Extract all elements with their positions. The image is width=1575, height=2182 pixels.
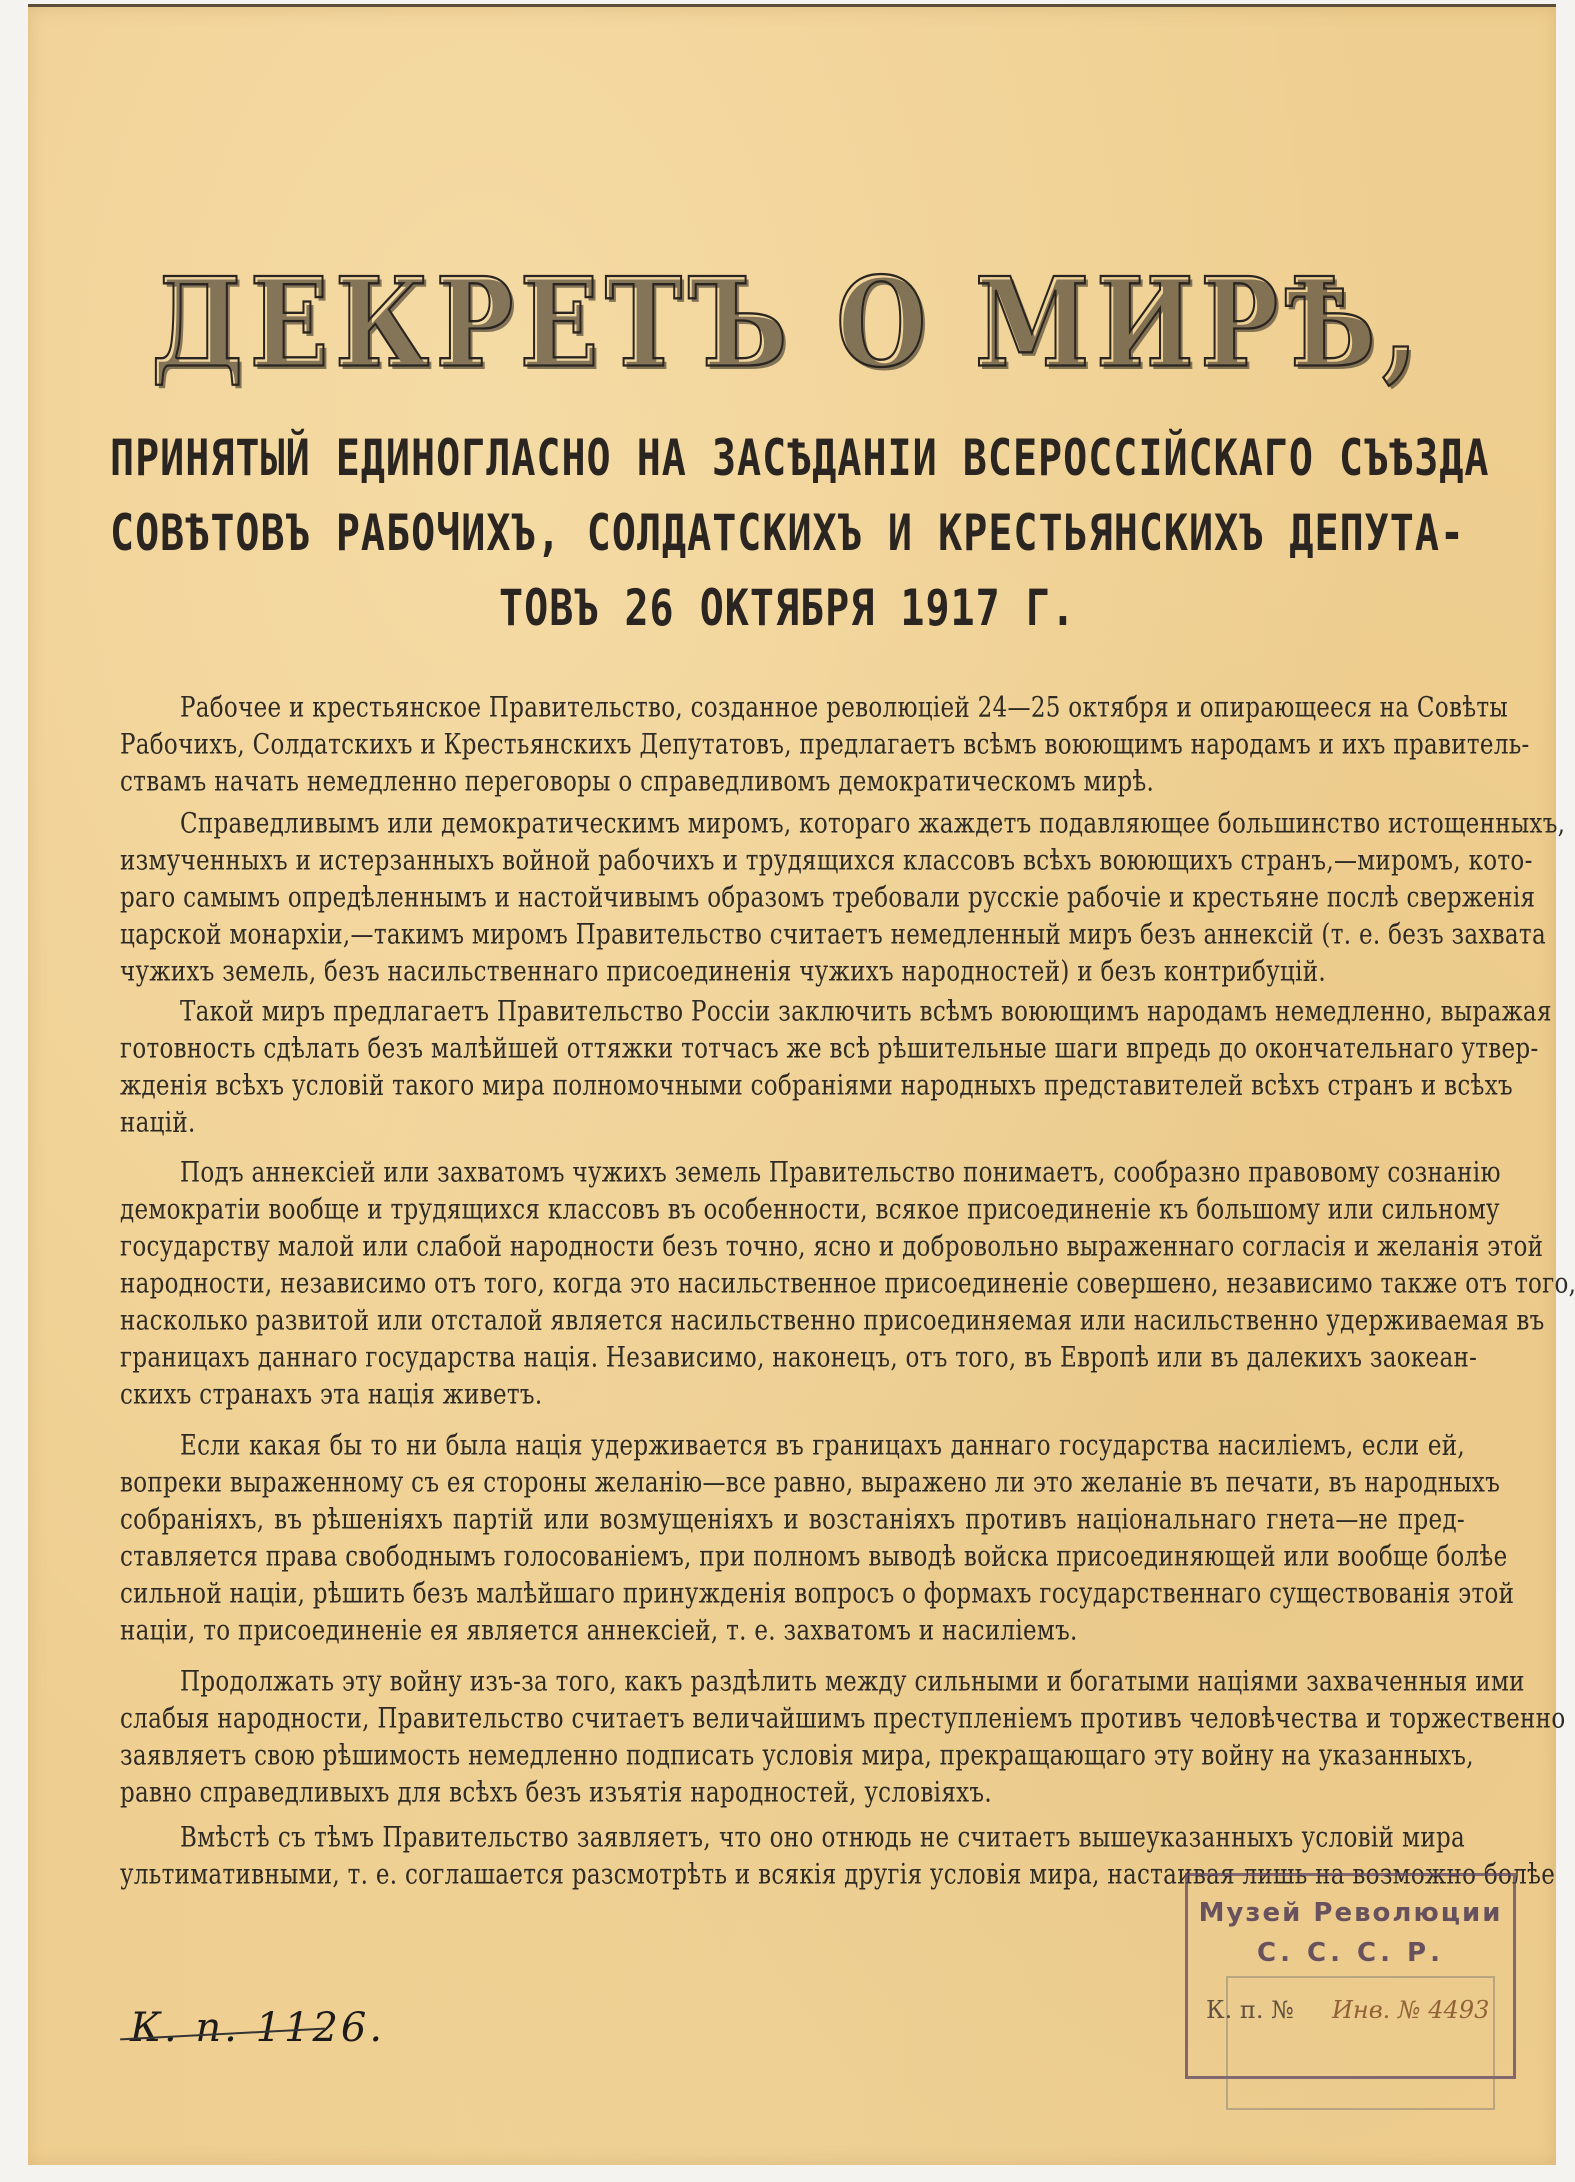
museum-stamp: Музей Революции С. С. С. Р. К. п. № Инв.…: [1185, 1873, 1516, 2079]
body-line: жденія всѣхъ условій такого мира полномо…: [120, 1068, 1465, 1104]
body-line: заявляетъ свою рѣшимость немедленно подп…: [120, 1738, 1465, 1774]
body-line: ставляется права свободнымъ голосованіем…: [120, 1539, 1465, 1575]
body-line: демократіи вообще и трудящихся классовъ …: [120, 1192, 1465, 1228]
document-title: ДЕКРЕТЪ О МИРѢ,: [0, 250, 1575, 395]
body-line: Подъ аннексіей или захватомъ чужихъ земе…: [120, 1155, 1465, 1191]
body-line: Рабочихъ, Солдатскихъ и Крестьянскихъ Де…: [120, 727, 1465, 763]
body-line: вопреки выраженному съ ея стороны желані…: [120, 1465, 1465, 1501]
body-line: собраніяхъ, въ рѣшеніяхъ партій или возм…: [120, 1502, 1465, 1538]
stamp-ussr: С. С. С. Р.: [1188, 1938, 1513, 1968]
body-line: чужихъ земель, безъ насильственнаго прис…: [120, 954, 1465, 990]
body-line: Продолжать эту войну изъ-за того, какъ р…: [120, 1664, 1465, 1700]
body-line: народности, независимо отъ того, когда э…: [120, 1266, 1465, 1302]
body-line: границахъ даннаго государства нація. Нез…: [120, 1340, 1465, 1376]
subtitle-line-2: СОВѢТОВЪ РАБОЧИХЪ, СОЛДАТСКИХЪ И КРЕСТЬЯ…: [110, 505, 1465, 563]
body-line: насколько развитой или отсталой является…: [120, 1303, 1465, 1339]
body-line: Вмѣстѣ съ тѣмъ Правительство заявляетъ, …: [120, 1820, 1465, 1856]
body-line: Справедливымъ или демократическимъ миром…: [120, 806, 1465, 842]
stamp-catalog-line: К. п. № Инв. № 4493: [1206, 1996, 1489, 2024]
body-line: націи, то присоединеніе ея является анне…: [120, 1613, 1465, 1649]
subtitle-line-1: ПРИНЯТЫЙ ЕДИНОГЛАСНО НА ЗАСѢДАНІИ ВСЕРОС…: [110, 430, 1465, 488]
body-line: измученныхъ и истерзанныхъ войной рабочи…: [120, 843, 1465, 879]
body-line: Если какая бы то ни была нація удерживае…: [120, 1428, 1465, 1464]
body-line: слабыя народности, Правительство считает…: [120, 1701, 1465, 1737]
body-line: націй.: [120, 1105, 1465, 1141]
body-line: ствамъ начать немедленно переговоры о сп…: [120, 764, 1465, 800]
body-line: государству малой или слабой народности …: [120, 1229, 1465, 1265]
body-line: царской монархіи,—такимъ миромъ Правител…: [120, 917, 1465, 953]
body-line: Такой миръ предлагаетъ Правительство Рос…: [120, 994, 1465, 1030]
body-line: сильной націи, рѣшить безъ малѣйшаго при…: [120, 1576, 1465, 1612]
subtitle-line-3: ТОВЪ 26 ОКТЯБРЯ 1917 Г.: [110, 580, 1465, 638]
stamp-museum-name: Музей Революции: [1188, 1898, 1513, 1928]
handwritten-text: К. п. 1126.: [130, 2005, 385, 2051]
body-line: равно справедливыхъ для всѣхъ безъ изъят…: [120, 1775, 1465, 1811]
body-line: готовность сдѣлать безъ малѣйшей оттяжки…: [120, 1031, 1465, 1067]
stamp-catalog-label: К. п. №: [1206, 1996, 1294, 2024]
stamp-inventory-number: Инв. № 4493: [1332, 1996, 1489, 2024]
body-line: Рабочее и крестьянское Правительство, со…: [120, 690, 1465, 726]
body-line: раго самымъ опредѣленнымъ и настойчивымъ…: [120, 880, 1465, 916]
handwritten-catalog-note: К. п. 1126.: [130, 2005, 385, 2051]
body-line: скихъ странахъ эта нація живетъ.: [120, 1377, 1465, 1413]
